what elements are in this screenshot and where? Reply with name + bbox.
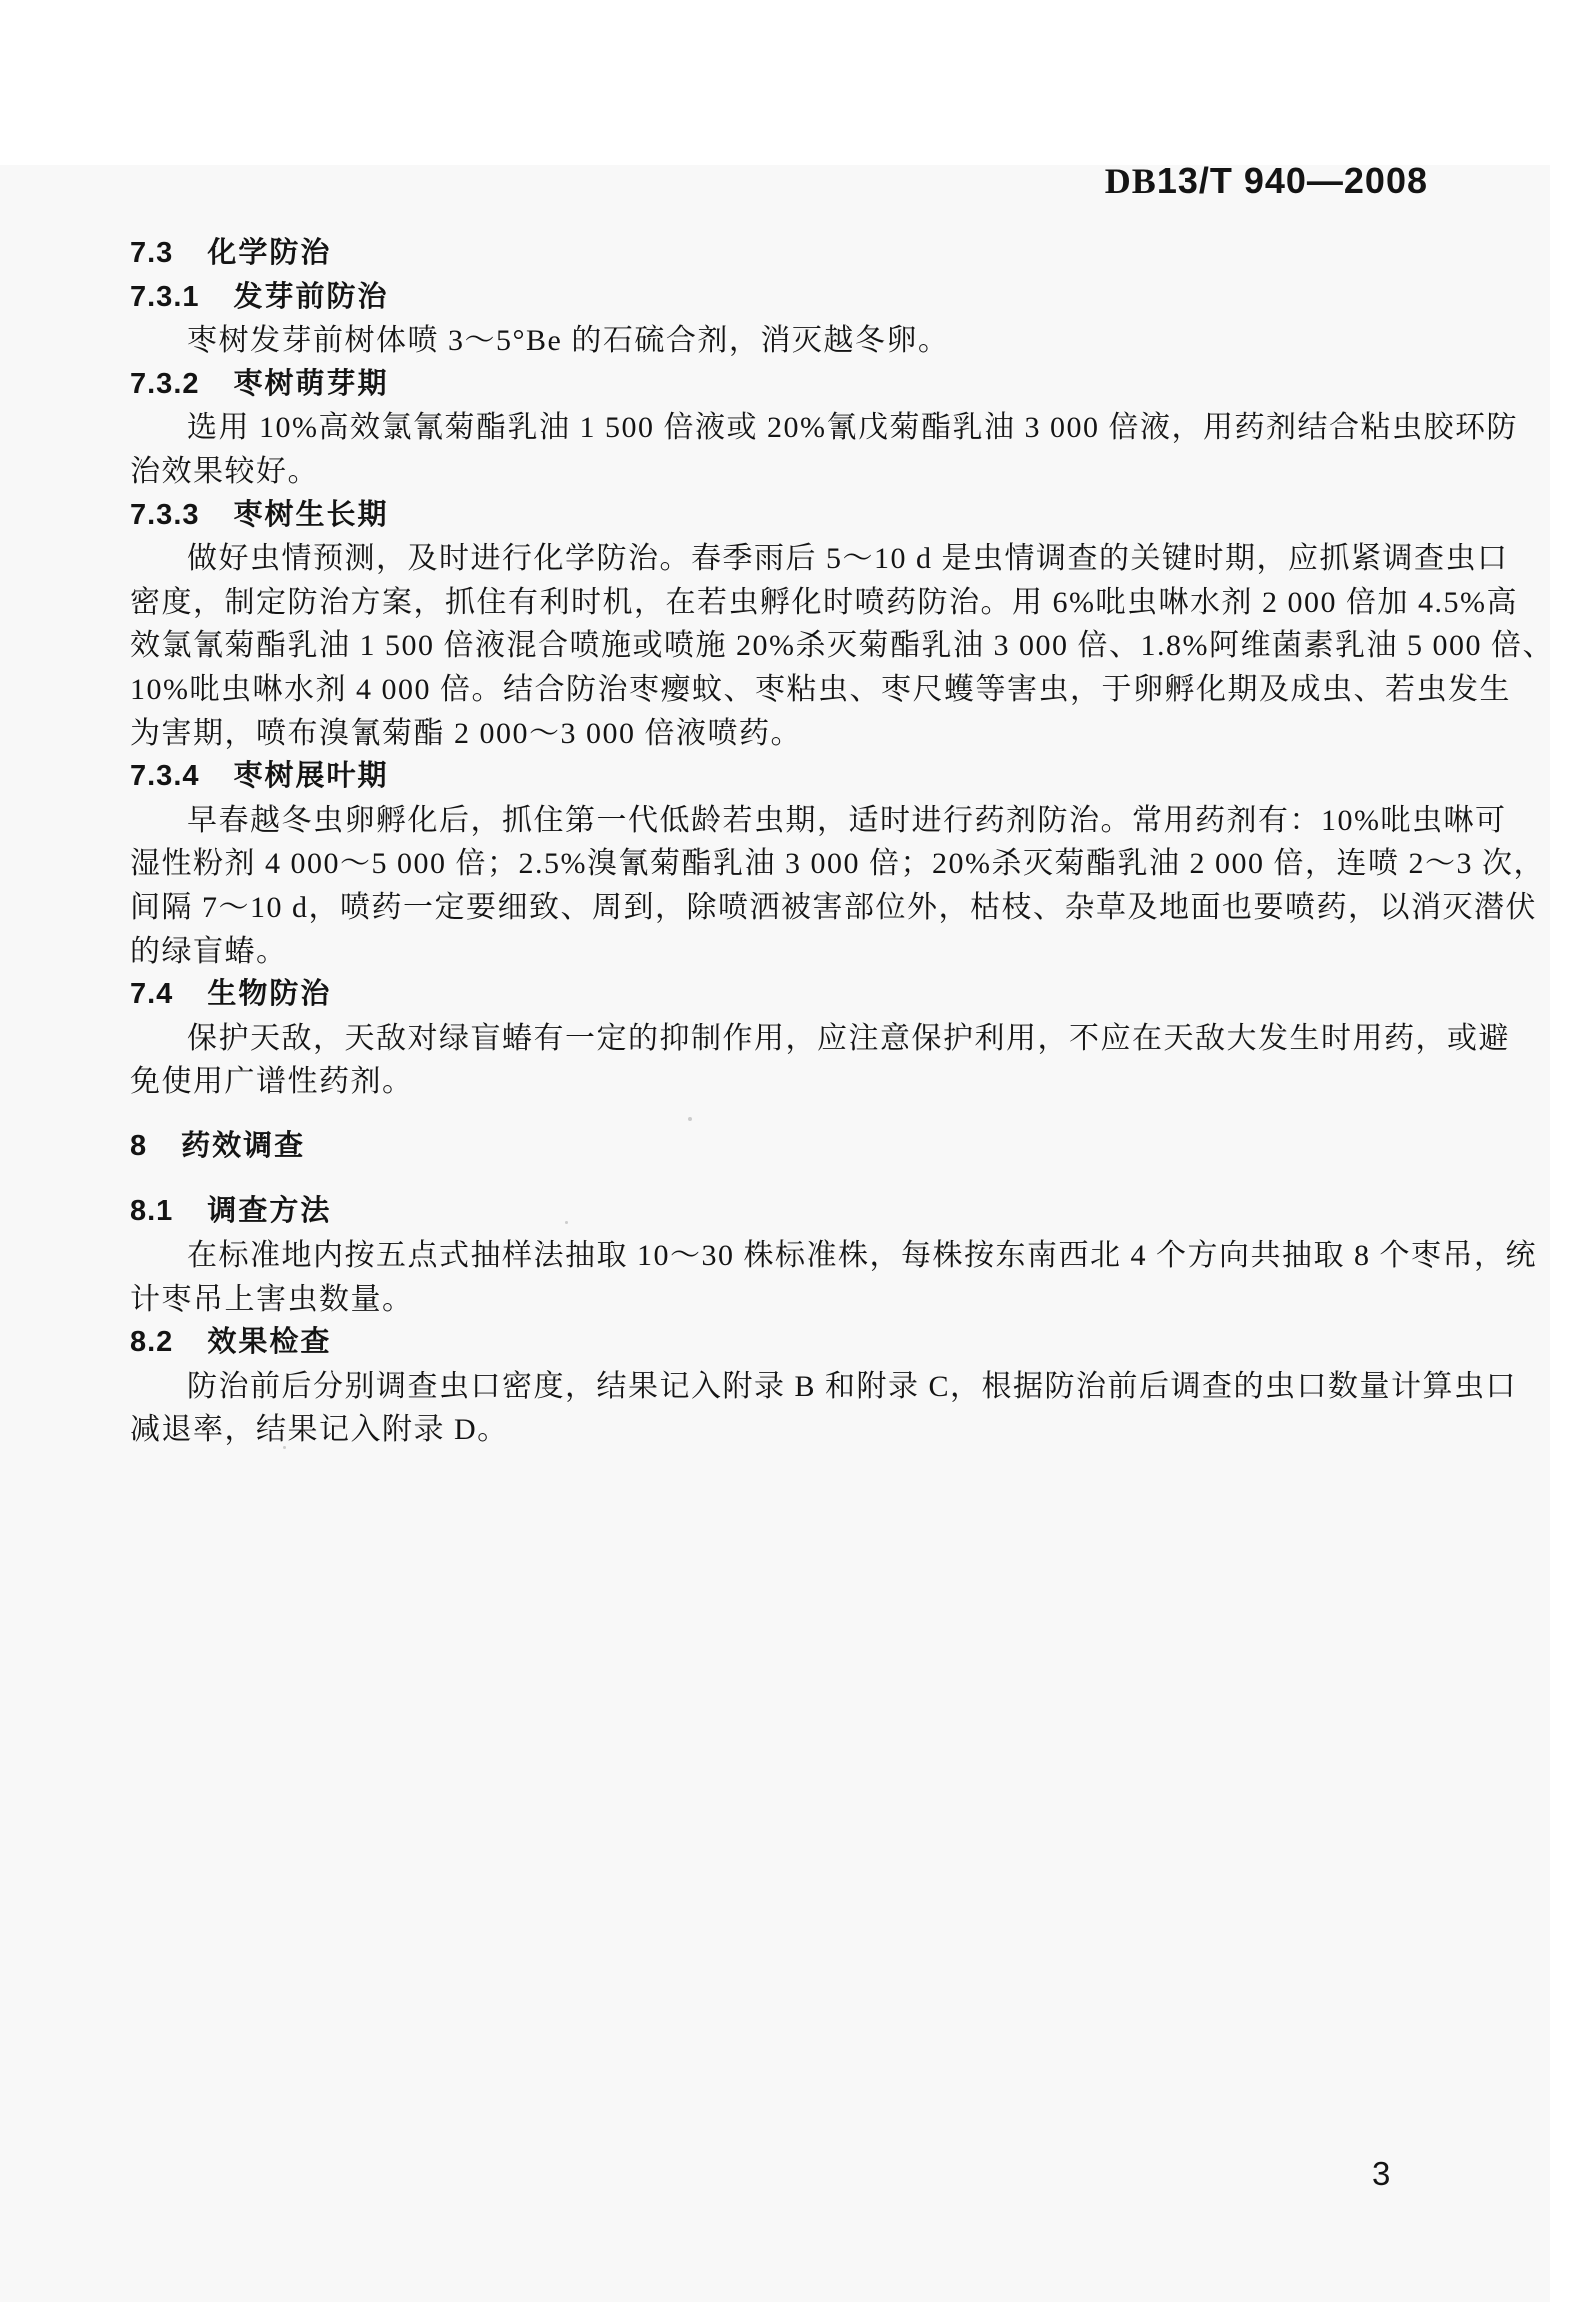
paragraph-line: 做好虫情预测，及时进行化学防治。春季雨后 5～10 d 是虫情调查的关键时期，应… [130, 537, 1460, 581]
section-number: 8.2 [130, 1326, 173, 1358]
section-heading-7-3-4: 7.3.4枣树展叶期 [130, 755, 1460, 799]
paragraph-line: 防治前后分别调查虫口密度，结果记入附录 B 和附录 C，根据防治前后调查的虫口数… [130, 1365, 1460, 1409]
paragraph-line: 免使用广谱性药剂。 [130, 1060, 1460, 1104]
section-title: 枣树生长期 [234, 499, 389, 531]
standard-code-db: DB [1105, 161, 1157, 201]
scan-speck [688, 1117, 692, 1121]
section-heading-7-3-3: 7.3.3枣树生长期 [130, 494, 1460, 538]
document-content: 7.3化学防治 7.3.1发芽前防治 枣树发芽前树体喷 3～5°Be 的石硫合剂… [130, 232, 1460, 1452]
paragraph-line: 保护天敌，天敌对绿盲蝽有一定的抑制作用，应注意保护利用，不应在天敌大发生时用药，… [130, 1017, 1460, 1061]
section-title: 枣树展叶期 [234, 760, 389, 792]
section-heading-7-3-1: 7.3.1发芽前防治 [130, 276, 1460, 320]
paragraph-line: 湿性粉剂 4 000～5 000 倍；2.5%溴氰菊酯乳油 3 000 倍；20… [130, 842, 1460, 886]
page-number: 3 [1372, 2152, 1390, 2195]
section-number: 7.4 [130, 978, 173, 1010]
section-heading-7-4: 7.4生物防治 [130, 973, 1460, 1017]
section-heading-7-3-2: 7.3.2枣树萌芽期 [130, 363, 1460, 407]
section-heading-8-2: 8.2效果检查 [130, 1321, 1460, 1365]
section-number: 8 [130, 1130, 147, 1162]
paragraph-line: 早春越冬虫卵孵化后，抓住第一代低龄若虫期，适时进行药剂防治。常用药剂有：10%吡… [130, 799, 1460, 843]
standard-code-number: 13/T 940—2008 [1157, 160, 1428, 201]
paragraph-line: 治效果较好。 [130, 450, 1460, 494]
section-number: 7.3.4 [130, 760, 200, 792]
paragraph-line: 效氯氰菊酯乳油 1 500 倍液混合喷施或喷施 20%杀灭菊酯乳油 3 000 … [130, 624, 1460, 668]
section-number: 8.1 [130, 1195, 173, 1227]
paragraph-line: 在标准地内按五点式抽样法抽取 10～30 株标准株，每株按东南西北 4 个方向共… [130, 1234, 1460, 1278]
section-number: 7.3.2 [130, 368, 200, 400]
section-title: 化学防治 [207, 237, 331, 269]
chapter-heading-8: 8药效调查 [130, 1125, 1460, 1169]
paragraph-line: 间隔 7～10 d，喷药一定要细致、周到，除喷洒被害部位外，枯枝、杂草及地面也要… [130, 886, 1460, 930]
paragraph-line: 减退率，结果记入附录 D。 [130, 1408, 1460, 1452]
section-number: 7.3.3 [130, 499, 200, 531]
section-heading-7-3: 7.3化学防治 [130, 232, 1460, 276]
section-title: 发芽前防治 [234, 281, 389, 313]
paragraph-line: 选用 10%高效氯氰菊酯乳油 1 500 倍液或 20%氰戊菊酯乳油 3 000… [130, 406, 1460, 450]
section-title: 生物防治 [207, 978, 331, 1010]
scan-speck [565, 1221, 568, 1224]
paragraph-line: 的绿盲蝽。 [130, 930, 1460, 974]
paragraph-line: 为害期，喷布溴氰菊酯 2 000～3 000 倍液喷药。 [130, 712, 1460, 756]
paragraph-line: 10%吡虫啉水剂 4 000 倍。结合防治枣瘿蚊、枣粘虫、枣尺蠖等害虫，于卵孵化… [130, 668, 1460, 712]
section-title: 调查方法 [207, 1195, 331, 1227]
standard-code-header: DB13/T 940—2008 [1105, 160, 1428, 202]
section-number: 7.3 [130, 237, 173, 269]
section-title: 药效调查 [181, 1130, 305, 1162]
section-heading-8-1: 8.1调查方法 [130, 1190, 1460, 1234]
scan-speck [283, 1446, 286, 1449]
section-number: 7.3.1 [130, 281, 200, 313]
section-title: 效果检查 [207, 1326, 331, 1358]
paragraph-line: 计枣吊上害虫数量。 [130, 1278, 1460, 1322]
section-title: 枣树萌芽期 [234, 368, 389, 400]
paragraph-line: 密度，制定防治方案，抓住有利时机，在若虫孵化时喷药防治。用 6%吡虫啉水剂 2 … [130, 581, 1460, 625]
paragraph-line: 枣树发芽前树体喷 3～5°Be 的石硫合剂，消灭越冬卵。 [130, 319, 1460, 363]
